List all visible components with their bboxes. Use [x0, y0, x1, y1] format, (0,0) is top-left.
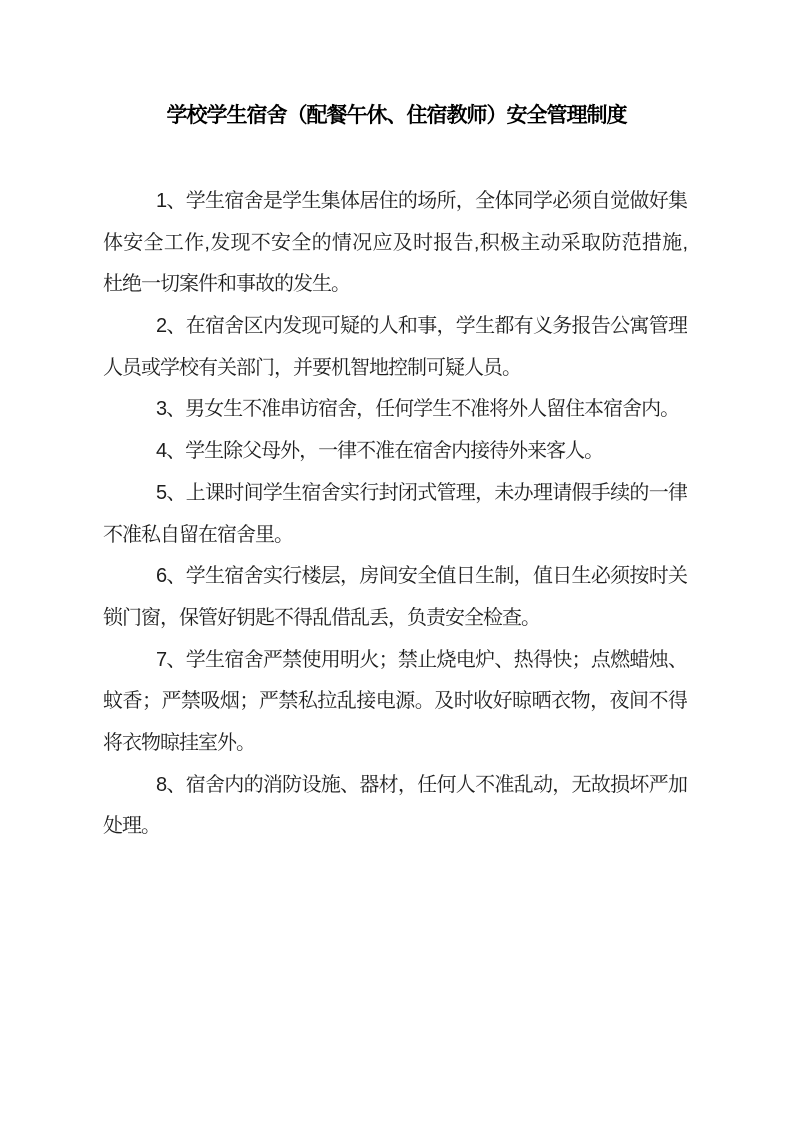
text-line: 7、学生宿舍严禁使用明火；禁止烧电炉、热得快；点燃蜡烛、: [103, 640, 687, 682]
text-line: 2、在宿舍区内发现可疑的人和事，学生都有义务报告公寓管理: [103, 306, 687, 348]
text-line: 锁门窗，保管好钥匙不得乱借乱丢，负责安全检查。: [103, 598, 687, 640]
text-line: 将衣物晾挂室外。: [103, 723, 687, 765]
text-line: 处理。: [103, 806, 687, 848]
paragraph: 2、在宿舍区内发现可疑的人和事，学生都有义务报告公寓管理人员或学校有关部门，并要…: [103, 306, 687, 389]
document-title: 学校学生宿舍（配餐午休、住宿教师）安全管理制度: [0, 100, 793, 132]
text-line: 8、宿舍内的消防设施、器材，任何人不准乱动，无故损坏严加: [103, 765, 687, 807]
paragraph: 4、学生除父母外，一律不准在宿舍内接待外来客人。: [103, 431, 687, 473]
paragraph: 5、上课时间学生宿舍实行封闭式管理，未办理请假手续的一律不准私自留在宿舍里。: [103, 473, 687, 556]
paragraph: 1、学生宿舍是学生集体居住的场所，全体同学必须自觉做好集体安全工作,发现不安全的…: [103, 181, 687, 306]
text-line: 人员或学校有关部门，并要机智地控制可疑人员。: [103, 348, 687, 390]
text-line: 1、学生宿舍是学生集体居住的场所，全体同学必须自觉做好集: [103, 181, 687, 223]
text-line: 4、学生除父母外，一律不准在宿舍内接待外来客人。: [103, 431, 687, 473]
paragraph: 3、男女生不准串访宿舍，任何学生不准将外人留住本宿舍内。: [103, 389, 687, 431]
text-line: 杜绝一切案件和事故的发生。: [103, 264, 687, 306]
text-line: 6、学生宿舍实行楼层，房间安全值日生制，值日生必须按时关: [103, 556, 687, 598]
text-line: 3、男女生不准串访宿舍，任何学生不准将外人留住本宿舍内。: [103, 389, 687, 431]
document-body: 1、学生宿舍是学生集体居住的场所，全体同学必须自觉做好集体安全工作,发现不安全的…: [103, 181, 687, 848]
paragraph: 7、学生宿舍严禁使用明火；禁止烧电炉、热得快；点燃蜡烛、蚊香；严禁吸烟；严禁私拉…: [103, 640, 687, 765]
text-line: 5、上课时间学生宿舍实行封闭式管理，未办理请假手续的一律: [103, 473, 687, 515]
paragraph: 6、学生宿舍实行楼层，房间安全值日生制，值日生必须按时关锁门窗，保管好钥匙不得乱…: [103, 556, 687, 639]
document-page: 学校学生宿舍（配餐午休、住宿教师）安全管理制度 1、学生宿舍是学生集体居住的场所…: [0, 0, 793, 1122]
paragraph: 8、宿舍内的消防设施、器材，任何人不准乱动，无故损坏严加处理。: [103, 765, 687, 848]
text-line: 体安全工作,发现不安全的情况应及时报告,积极主动采取防范措施,: [103, 223, 687, 265]
text-line: 蚊香；严禁吸烟；严禁私拉乱接电源。及时收好晾晒衣物，夜间不得: [103, 681, 687, 723]
text-line: 不准私自留在宿舍里。: [103, 515, 687, 557]
